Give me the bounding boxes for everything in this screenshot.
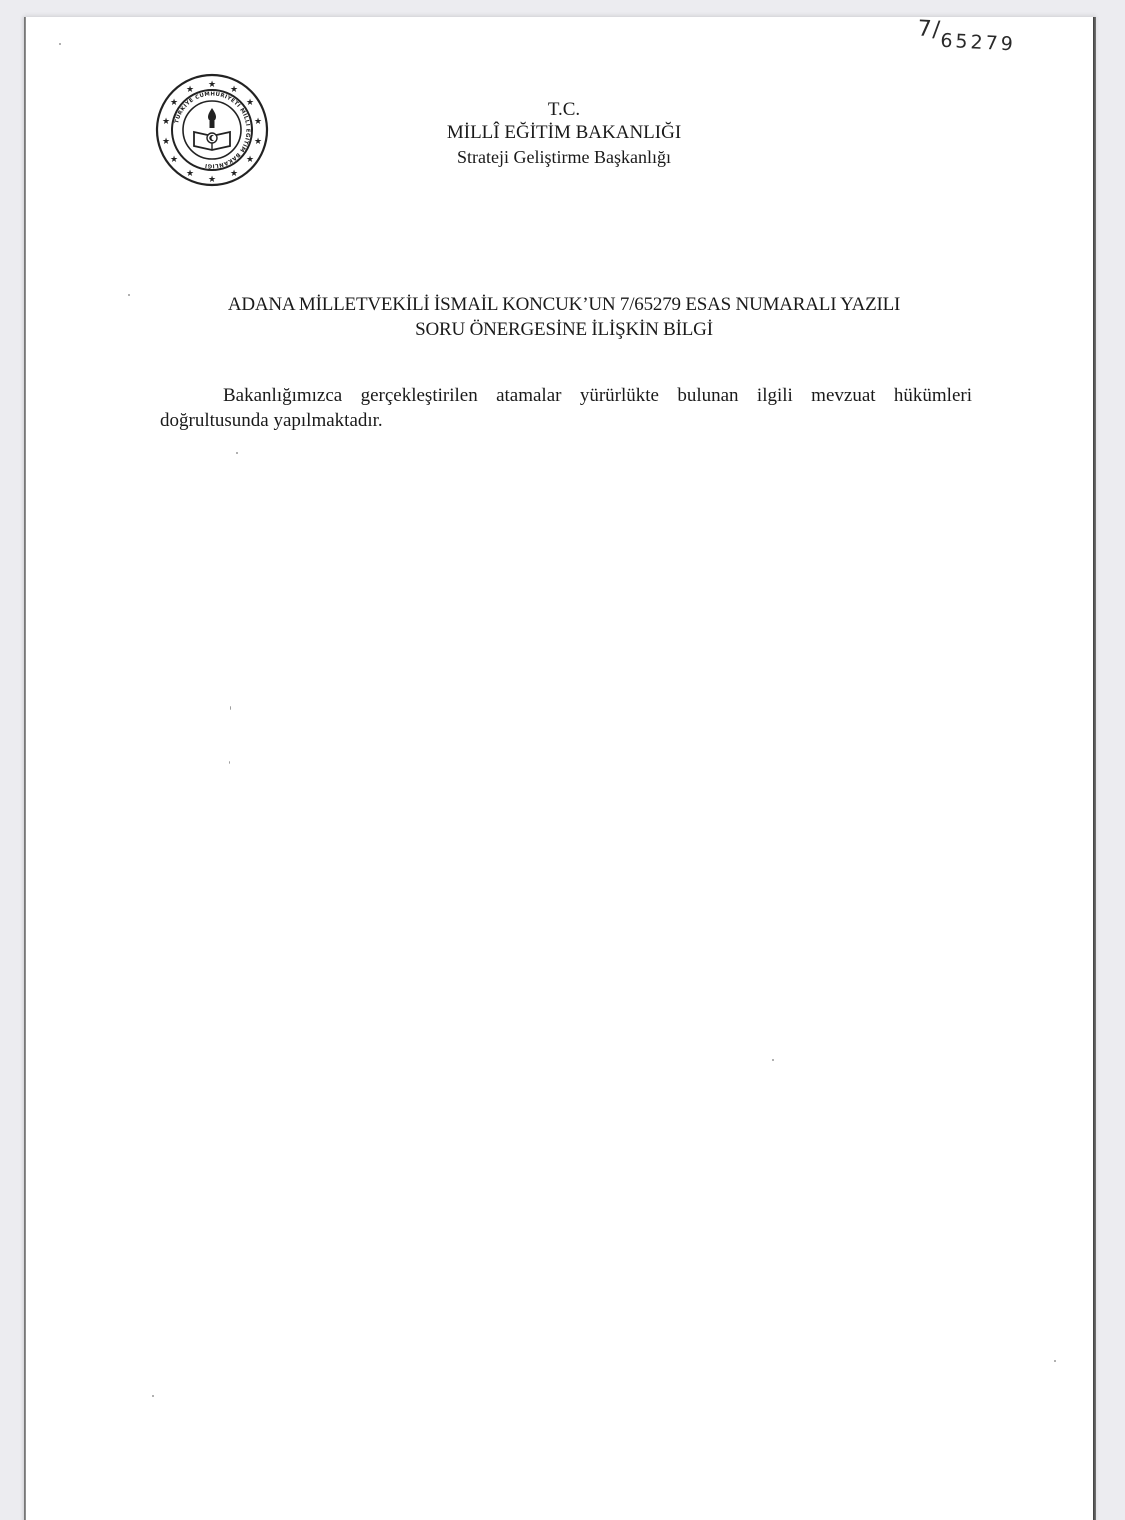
svg-text:★: ★ <box>170 98 178 108</box>
svg-text:★: ★ <box>170 155 178 165</box>
svg-text:★: ★ <box>208 80 216 90</box>
svg-text:★: ★ <box>186 169 194 179</box>
letterhead: T.C. MİLLÎ EĞİTİM BAKANLIĞI Strateji Gel… <box>364 99 764 169</box>
body-paragraph: Bakanlığımızca gerçekleştirilen atamalar… <box>160 383 972 433</box>
handwritten-prefix: 7/ <box>917 16 942 42</box>
scan-speck <box>236 452 238 454</box>
ministry-seal-icon: ★ ★ ★ ★ ★ ★ ★ ★ ★ ★ ★ ★ ★ ★ TÜRKİYE CUMH… <box>154 72 270 188</box>
letterhead-country: T.C. <box>364 99 764 121</box>
scan-speck <box>1054 1360 1056 1362</box>
title-line-1: ADANA MİLLETVEKİLİ İSMAİL KONCUK’UN 7/65… <box>144 292 984 317</box>
svg-text:★: ★ <box>254 117 262 127</box>
svg-text:★: ★ <box>230 169 238 179</box>
page-left-edge <box>24 17 26 1520</box>
scan-speck <box>59 43 61 45</box>
handwritten-reference-number: 7/65279 <box>916 26 1016 56</box>
svg-text:★: ★ <box>162 117 170 127</box>
svg-text:★: ★ <box>208 175 216 185</box>
svg-text:★: ★ <box>254 137 262 147</box>
title-line-2: SORU ÖNERGESİNE İLİŞKİN BİLGİ <box>144 317 984 342</box>
svg-text:★: ★ <box>246 98 254 108</box>
scan-speck <box>229 761 230 764</box>
svg-text:★: ★ <box>246 155 254 165</box>
scan-speck <box>772 1059 774 1061</box>
document-page: 7/65279 ★ ★ ★ ★ ★ ★ ★ ★ ★ ★ ★ ★ ★ ★ TÜRK… <box>24 17 1096 1520</box>
svg-text:★: ★ <box>230 85 238 95</box>
handwritten-number: 65279 <box>940 30 1017 56</box>
svg-text:★: ★ <box>186 85 194 95</box>
scan-speck <box>230 706 231 710</box>
letterhead-ministry: MİLLÎ EĞİTİM BAKANLIĞI <box>364 121 764 145</box>
scan-speck <box>128 294 130 296</box>
page-right-edge <box>1093 17 1096 1520</box>
letterhead-department: Strateji Geliştirme Başkanlığı <box>364 145 764 169</box>
svg-text:★: ★ <box>162 137 170 147</box>
document-title: ADANA MİLLETVEKİLİ İSMAİL KONCUK’UN 7/65… <box>144 292 984 342</box>
scan-speck <box>152 1395 154 1397</box>
